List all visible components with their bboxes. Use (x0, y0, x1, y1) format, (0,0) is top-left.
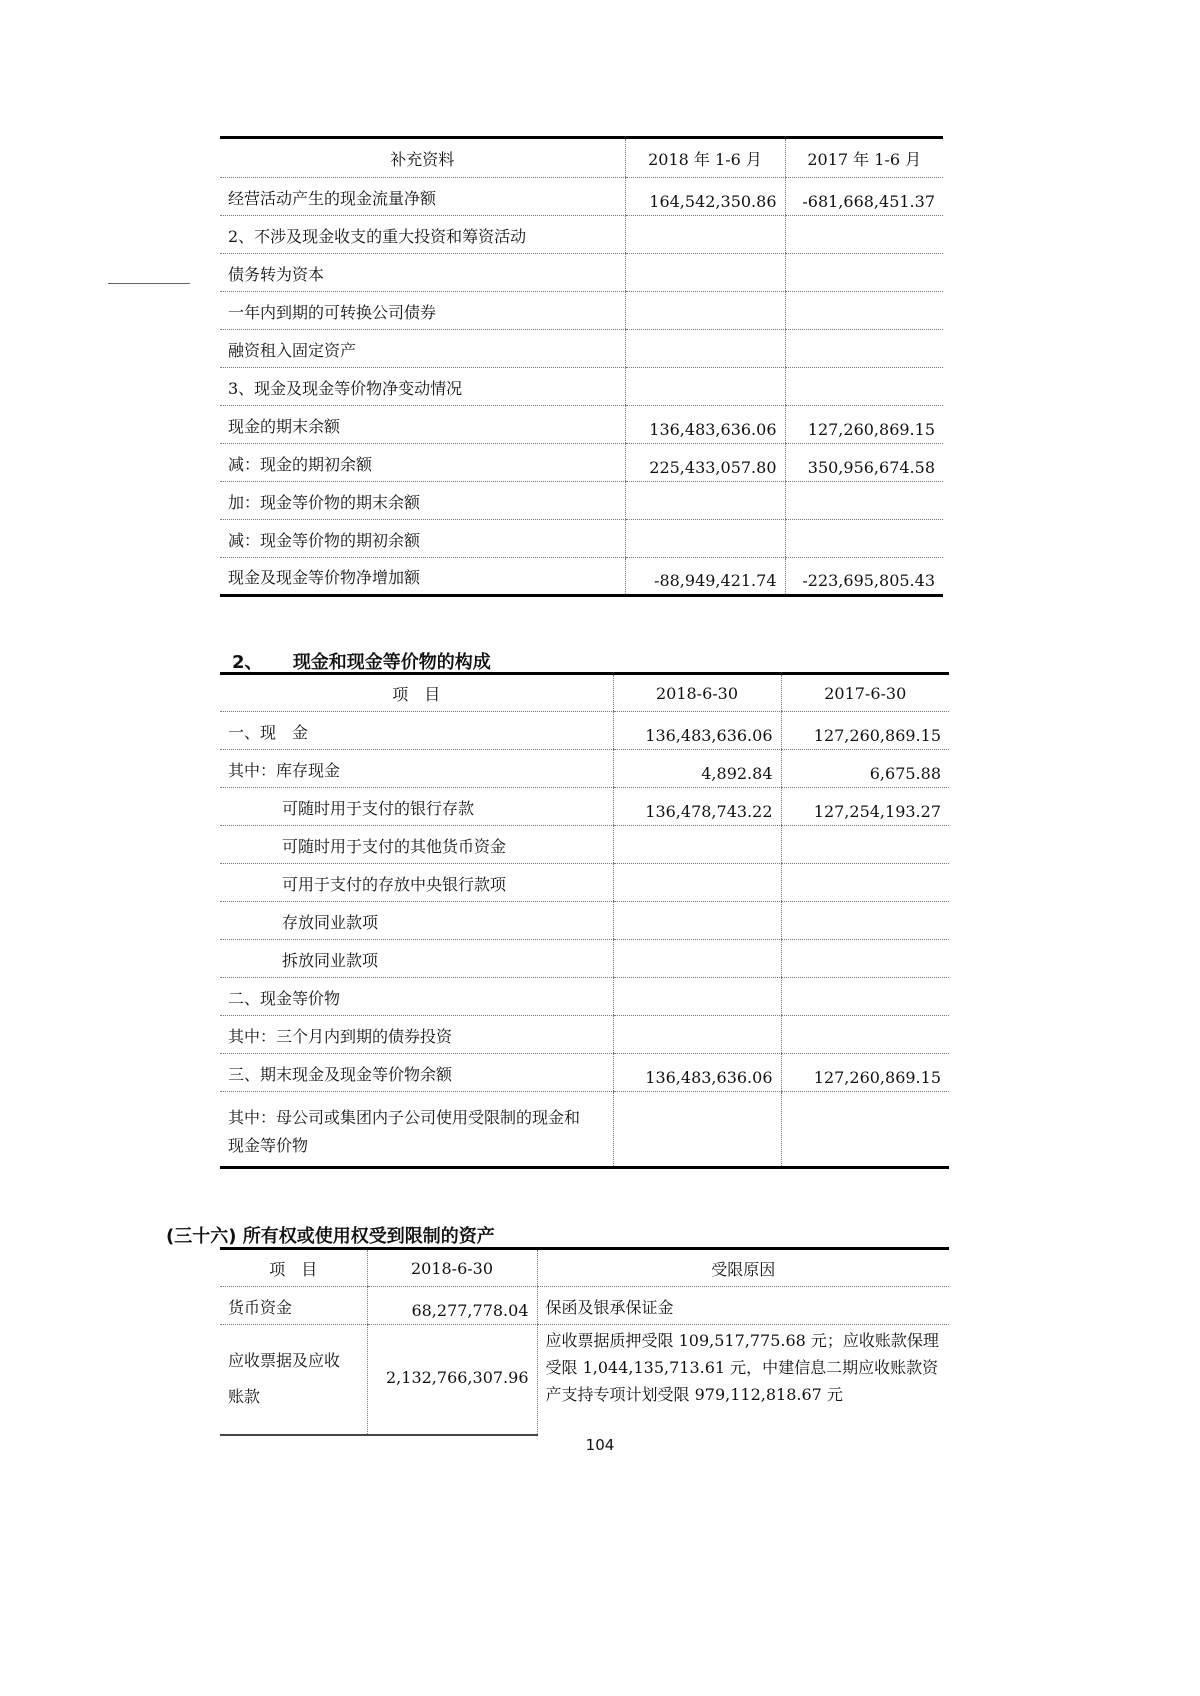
row-label-line-1: 其中：母公司或集团内子公司使用受限制的现金和 (228, 1104, 605, 1132)
value-2017: 127,254,193.27 (781, 788, 949, 826)
column-header-item: 项 目 (220, 1249, 367, 1287)
row-label: 3、现金及现金等价物净变动情况 (220, 368, 625, 406)
row-label: 经营活动产生的现金流量净额 (220, 178, 625, 216)
column-header-reason: 受限原因 (537, 1249, 949, 1287)
value-2017: 127,260,869.15 (781, 1054, 949, 1092)
row-label: 减：现金的期初余额 (220, 444, 625, 482)
table-row: 现金及现金等价物净增加额 -88,949,421.74 -223,695,805… (220, 558, 943, 596)
row-label-line-2: 账款 (228, 1379, 359, 1415)
table-row: 3、现金及现金等价物净变动情况 (220, 368, 943, 406)
value-2018 (625, 368, 785, 406)
value-2017: 6,675.88 (781, 750, 949, 788)
row-label: 货币资金 (220, 1287, 367, 1325)
row-label-line-2: 现金等价物 (228, 1132, 605, 1160)
value-2018 (613, 940, 781, 978)
value-2017 (781, 978, 949, 1016)
value-2017 (785, 216, 943, 254)
table-header-row: 补充资料 2018 年 1-6 月 2017 年 1-6 月 (220, 138, 943, 178)
column-header-item: 补充资料 (220, 138, 625, 178)
table-row: 2、不涉及现金收支的重大投资和筹资活动 (220, 216, 943, 254)
row-label: 应收票据及应收 账款 (220, 1325, 367, 1435)
value-2017 (785, 482, 943, 520)
supplement-cashflow-table: 补充资料 2018 年 1-6 月 2017 年 1-6 月 经营活动产生的现金… (220, 136, 943, 597)
table-row: 其中：三个月内到期的债券投资 (220, 1016, 949, 1054)
table-row: 现金的期末余额 136,483,636.06 127,260,869.15 (220, 406, 943, 444)
value-2017 (785, 368, 943, 406)
value-2017: -681,668,451.37 (785, 178, 943, 216)
table-row: 减：现金的期初余额 225,433,057.80 350,956,674.58 (220, 444, 943, 482)
row-label-line-1: 应收票据及应收 (228, 1343, 359, 1379)
value-2017 (785, 254, 943, 292)
section-title: 现金和现金等价物的构成 (293, 652, 491, 673)
value-2018: 136,478,743.22 (613, 788, 781, 826)
table-row: 经营活动产生的现金流量净额 164,542,350.86 -681,668,45… (220, 178, 943, 216)
row-label: 融资租入固定资产 (220, 330, 625, 368)
value-2017 (781, 940, 949, 978)
table-row: 其中：母公司或集团内子公司使用受限制的现金和 现金等价物 (220, 1092, 949, 1168)
column-header-date: 2018-6-30 (367, 1249, 537, 1287)
row-label: 可随时用于支付的其他货币资金 (220, 826, 613, 864)
row-label: 债务转为资本 (220, 254, 625, 292)
row-label: 可随时用于支付的银行存款 (220, 788, 613, 826)
value-2018 (613, 864, 781, 902)
column-header-2017: 2017 年 1-6 月 (785, 138, 943, 178)
column-header-2018: 2018-6-30 (613, 674, 781, 712)
value-2018 (625, 292, 785, 330)
row-label: 2、不涉及现金收支的重大投资和筹资活动 (220, 216, 625, 254)
row-label: 可用于支付的存放中央银行款项 (220, 864, 613, 902)
value-2017: -223,695,805.43 (785, 558, 943, 596)
value-2017 (781, 902, 949, 940)
row-label: 其中：三个月内到期的债券投资 (220, 1016, 613, 1054)
value-2018: 164,542,350.86 (625, 178, 785, 216)
table-row: 可随时用于支付的银行存款 136,478,743.22 127,254,193.… (220, 788, 949, 826)
value-2017 (781, 1092, 949, 1168)
value-2017 (785, 292, 943, 330)
value-2018 (625, 482, 785, 520)
value-2018 (625, 520, 785, 558)
table-row: 其中：库存现金 4,892.84 6,675.88 (220, 750, 949, 788)
row-label: 二、现金等价物 (220, 978, 613, 1016)
row-label: 减：现金等价物的期初余额 (220, 520, 625, 558)
table-header-row: 项 目 2018-6-30 2017-6-30 (220, 674, 949, 712)
table-row: 存放同业款项 (220, 902, 949, 940)
table-header-row: 项 目 2018-6-30 受限原因 (220, 1249, 949, 1287)
restricted-assets-table: 项 目 2018-6-30 受限原因 货币资金 68,277,778.04 保函… (220, 1247, 949, 1436)
section-2-heading: 2、 现金和现金等价物的构成 (232, 648, 491, 674)
row-label: 一、现 金 (220, 712, 613, 750)
section-36-heading: (三十六) 所有权或使用权受到限制的资产 (166, 1222, 495, 1248)
value-2018 (613, 1016, 781, 1054)
value-2017: 127,260,869.15 (785, 406, 943, 444)
value-2018 (625, 330, 785, 368)
row-label: 存放同业款项 (220, 902, 613, 940)
table-row: 一年内到期的可转换公司债券 (220, 292, 943, 330)
value-2017 (781, 826, 949, 864)
row-label: 三、期末现金及现金等价物余额 (220, 1054, 613, 1092)
row-label: 其中：库存现金 (220, 750, 613, 788)
row-label: 其中：母公司或集团内子公司使用受限制的现金和 现金等价物 (220, 1092, 613, 1168)
table-row: 三、期末现金及现金等价物余额 136,483,636.06 127,260,86… (220, 1054, 949, 1092)
value-2017 (785, 520, 943, 558)
value-2018: 136,483,636.06 (613, 1054, 781, 1092)
row-label: 拆放同业款项 (220, 940, 613, 978)
table-row: 拆放同业款项 (220, 940, 949, 978)
row-label: 现金的期末余额 (220, 406, 625, 444)
value-2018: 68,277,778.04 (367, 1287, 537, 1325)
cash-composition-table: 项 目 2018-6-30 2017-6-30 一、现 金 136,483,63… (220, 672, 949, 1169)
table-row: 减：现金等价物的期初余额 (220, 520, 943, 558)
table-row: 货币资金 68,277,778.04 保函及银承保证金 (220, 1287, 949, 1325)
value-2018 (613, 902, 781, 940)
value-2018 (613, 978, 781, 1016)
value-2018 (613, 826, 781, 864)
column-header-2018: 2018 年 1-6 月 (625, 138, 785, 178)
value-2017: 127,260,869.15 (781, 712, 949, 750)
row-label: 加：现金等价物的期末余额 (220, 482, 625, 520)
value-2017 (781, 1016, 949, 1054)
value-2017 (781, 864, 949, 902)
table-row: 应收票据及应收 账款 2,132,766,307.96 应收票据质押受限 109… (220, 1325, 949, 1435)
value-2018: 136,483,636.06 (625, 406, 785, 444)
value-2018: -88,949,421.74 (625, 558, 785, 596)
table-row: 一、现 金 136,483,636.06 127,260,869.15 (220, 712, 949, 750)
margin-mark-line (108, 283, 190, 284)
value-2017: 350,956,674.58 (785, 444, 943, 482)
value-2018: 4,892.84 (613, 750, 781, 788)
row-label: 现金及现金等价物净增加额 (220, 558, 625, 596)
value-2018 (625, 216, 785, 254)
table-row: 可随时用于支付的其他货币资金 (220, 826, 949, 864)
restriction-reason: 保函及银承保证金 (537, 1287, 949, 1325)
table-row: 可用于支付的存放中央银行款项 (220, 864, 949, 902)
page-number: 104 (0, 1436, 1200, 1454)
value-2018: 225,433,057.80 (625, 444, 785, 482)
table-row: 融资租入固定资产 (220, 330, 943, 368)
value-2018: 136,483,636.06 (613, 712, 781, 750)
table-row: 债务转为资本 (220, 254, 943, 292)
column-header-2017: 2017-6-30 (781, 674, 949, 712)
column-header-item: 项 目 (220, 674, 613, 712)
value-2018 (625, 254, 785, 292)
value-2017 (785, 330, 943, 368)
section-number: 2、 (232, 652, 263, 673)
value-2018 (613, 1092, 781, 1168)
restriction-reason: 应收票据质押受限 109,517,775.68 元；应收账款保理受限 1,044… (537, 1325, 949, 1435)
row-label: 一年内到期的可转换公司债券 (220, 292, 625, 330)
value-2018: 2,132,766,307.96 (367, 1325, 537, 1435)
table-row: 二、现金等价物 (220, 978, 949, 1016)
table-row: 加：现金等价物的期末余额 (220, 482, 943, 520)
